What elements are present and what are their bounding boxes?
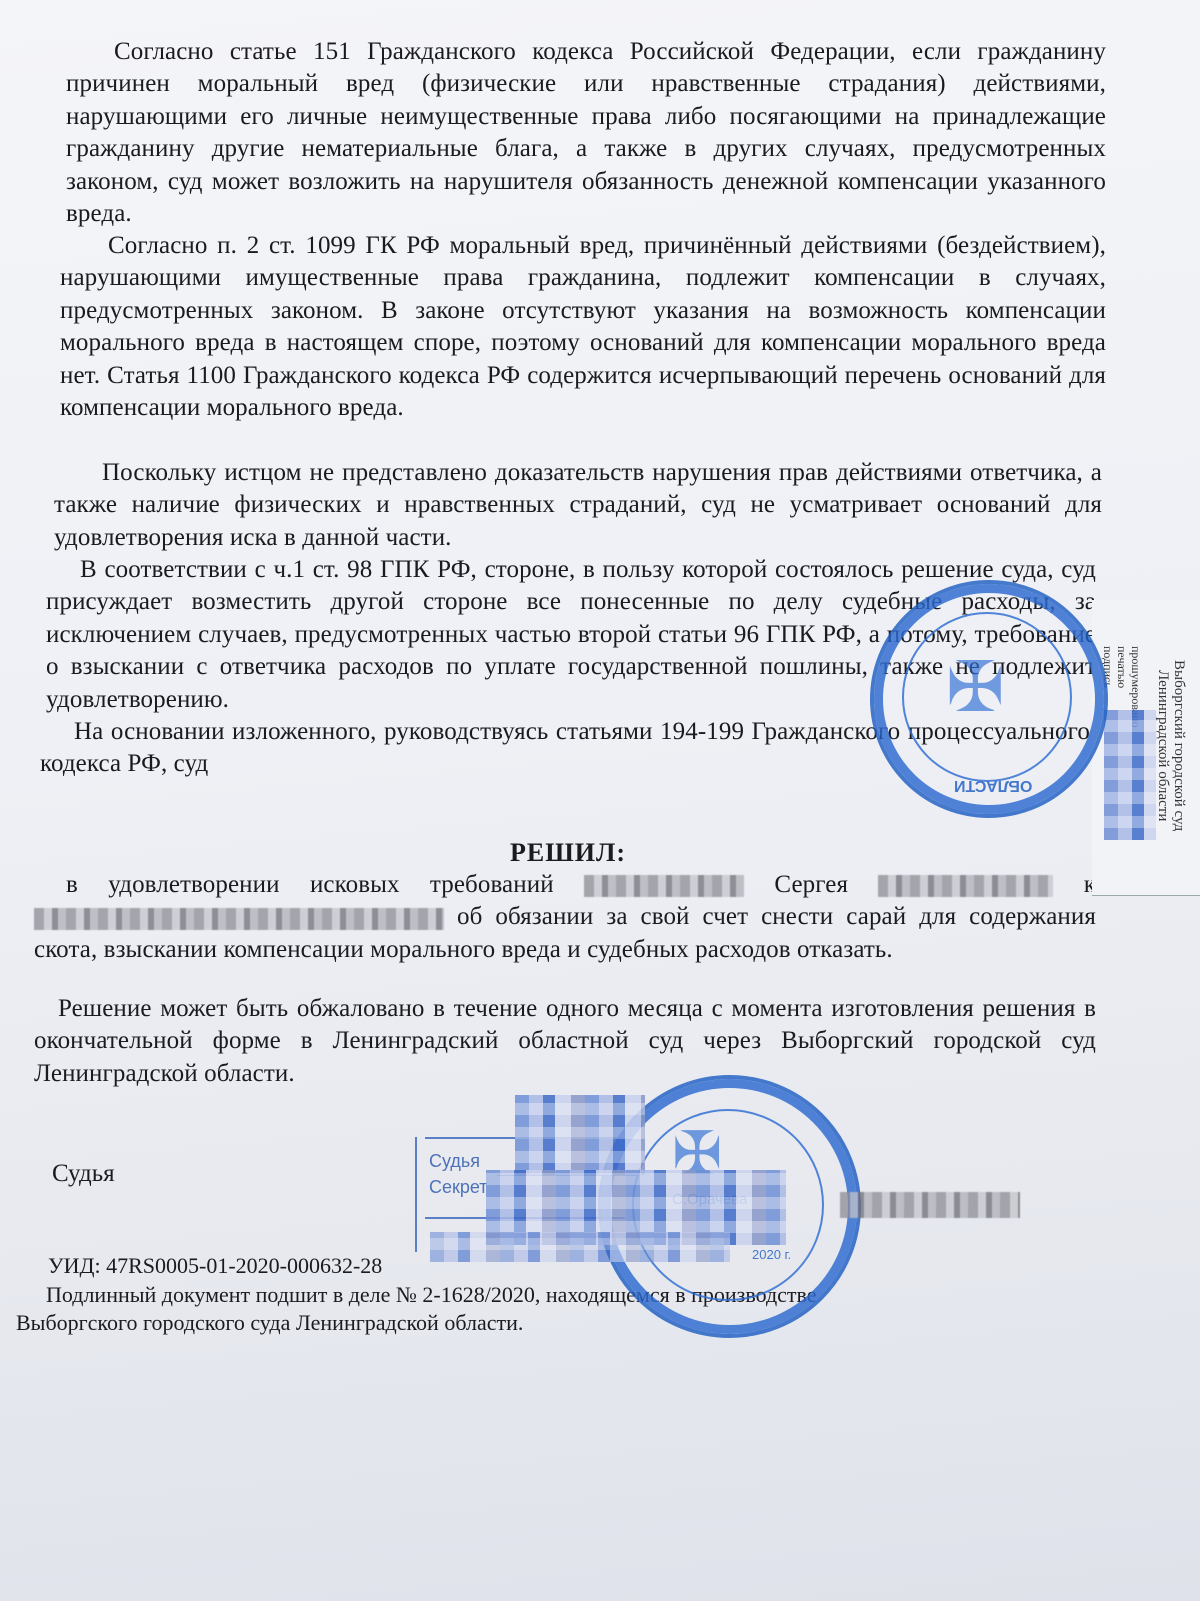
paragraph-text: Согласно статье 151 Гражданского кодекса… [66, 38, 1106, 227]
paragraph-text: Поскольку истцом не представлено доказат… [54, 459, 1102, 551]
judge-label: Судья [52, 1160, 115, 1188]
redacted-signature-bottom [430, 1232, 730, 1262]
binding-label-region: Ленинградской области [1154, 670, 1171, 821]
redacted-signature-side [1104, 710, 1156, 840]
redacted-signature-top [515, 1095, 645, 1175]
redacted-patronymic [878, 875, 1053, 897]
binding-label: Выборгский городской суд Ленинградской о… [1092, 600, 1200, 896]
seal-upper-text: ОБЛАСТИ [954, 776, 1032, 794]
paragraph-art-1099: Согласно п. 2 ст. 1099 ГК РФ моральный в… [60, 230, 1106, 424]
stamp-secretary-label: Секрет [429, 1177, 488, 1198]
decision-text: Сергея [774, 871, 848, 898]
stamp-judge-label: Судья [429, 1151, 480, 1172]
decision-text: в удовлетворении исковых требований [66, 871, 554, 898]
court-decision-page: Согласно статье 151 Гражданского кодекса… [0, 0, 1200, 1601]
paragraph-no-evidence: Поскольку истцом не представлено доказат… [54, 457, 1102, 554]
binding-label-court: Выборгский городской суд [1170, 660, 1187, 831]
coat-of-arms-icon: ✠ [946, 646, 1005, 728]
redacted-surname [584, 875, 744, 897]
binding-label-line: печатью [1114, 646, 1129, 688]
paragraph-art-151: Согласно статье 151 Гражданского кодекса… [66, 36, 1106, 230]
appeal-paragraph: Решение может быть обжаловано в течение … [34, 993, 1096, 1090]
court-seal-upper: ✠ ОБЛАСТИ [870, 580, 1108, 818]
decision-heading: РЕШИЛ: [510, 838, 626, 868]
seal-lower-year: 2020 г. [752, 1247, 791, 1262]
redacted-defendant-name [34, 908, 444, 930]
paragraph-text: Согласно п. 2 ст. 1099 ГК РФ моральный в… [60, 232, 1106, 421]
appeal-text: Решение может быть обжаловано в течение … [34, 995, 1096, 1087]
original-note-line2: Выборгского городского суда Ленинградско… [16, 1310, 523, 1336]
redacted-judge-name [840, 1192, 1020, 1218]
decision-paragraph: в удовлетворении исковых требований Серг… [34, 869, 1096, 966]
uid-line: УИД: 47RS0005-01-2020-000632-28 [48, 1253, 382, 1279]
